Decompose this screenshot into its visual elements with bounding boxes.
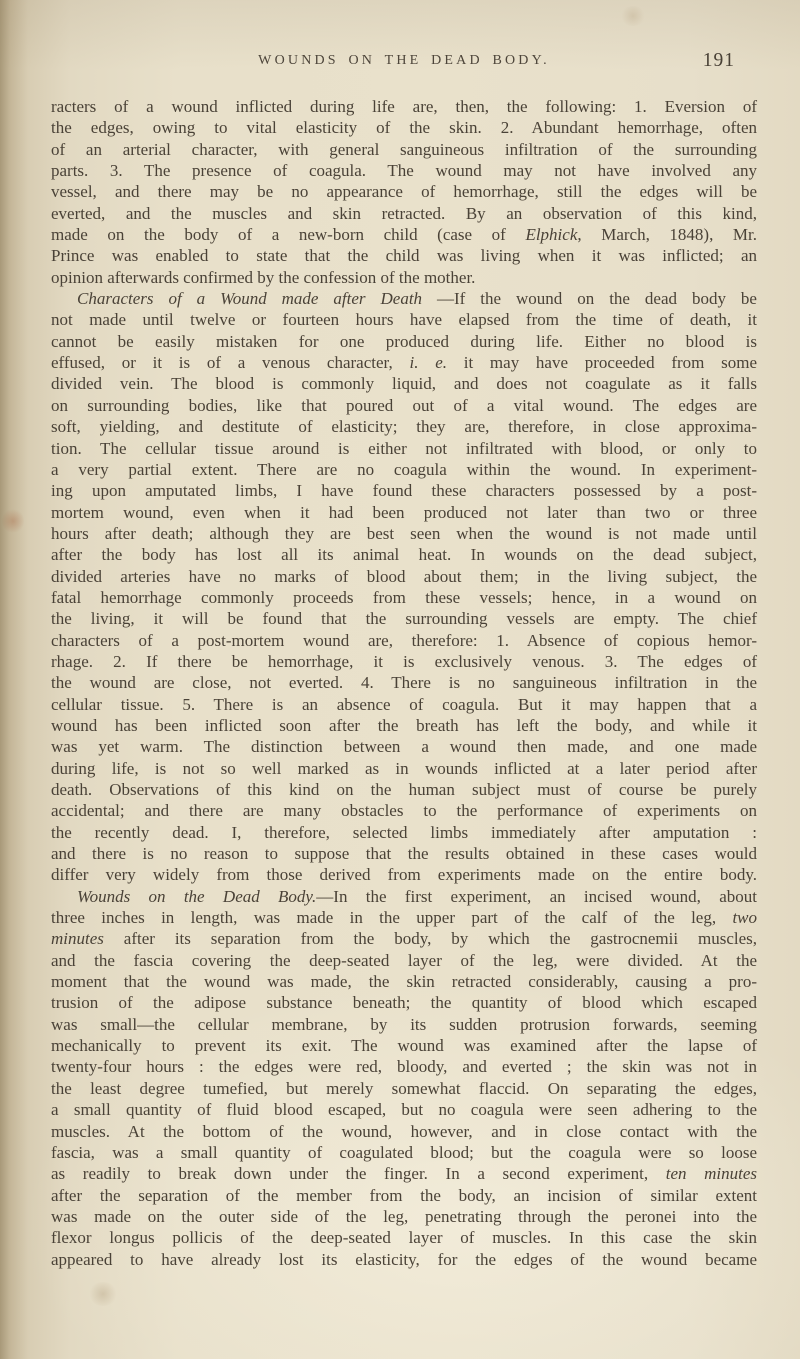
body-text: divided vein. The blood is commonly liqu…	[51, 374, 757, 393]
paragraph-2: Characters of a Wound made after Death —…	[51, 288, 757, 886]
paper-stain	[620, 6, 646, 26]
text-line: cellular tissue. 5. There is an absence …	[51, 694, 757, 715]
body-text: racters of a wound inflicted during life…	[51, 97, 757, 116]
body-text: —In the first experiment, an incised wou…	[316, 887, 757, 906]
body-text: mechanically to prevent its exit. The wo…	[51, 1036, 757, 1055]
text-line: vessel, and there may be no appearance o…	[51, 181, 757, 202]
body-text: it may have proceeded from some	[447, 353, 757, 372]
body-text: after the separation of the member from …	[51, 1186, 757, 1205]
text-line: a small quantity of fluid blood escaped,…	[51, 1099, 757, 1120]
text-line: Wounds on the Dead Body.—In the first ex…	[51, 886, 757, 907]
book-page: WOUNDS ON THE DEAD BODY. 191 racters of …	[0, 0, 800, 1359]
text-column: racters of a wound inflicted during life…	[51, 96, 757, 1270]
body-text: and the fascia covering the deep-seated …	[51, 951, 757, 970]
text-line: and the fascia covering the deep-seated …	[51, 950, 757, 971]
text-line: fascia, was a small quantity of coagulat…	[51, 1142, 757, 1163]
body-text: vessel, and there may be no appearance o…	[51, 182, 757, 201]
text-line: racters of a wound inflicted during life…	[51, 96, 757, 117]
body-text: the wound are close, not everted. 4. The…	[51, 673, 757, 692]
text-line: minutes after its separation from the bo…	[51, 928, 757, 949]
text-line: was small—the cellular membrane, by its …	[51, 1014, 757, 1035]
text-line: the least degree tumefied, but merely so…	[51, 1078, 757, 1099]
text-line: characters of a post-mortem wound are, t…	[51, 630, 757, 651]
text-line: the recently dead. I, therefore, selecte…	[51, 822, 757, 843]
body-text: wound has been inflicted soon after the …	[51, 716, 757, 735]
text-line: everted, and the muscles and skin retrac…	[51, 203, 757, 224]
body-text: ing upon amputated limbs, I have found t…	[51, 481, 757, 500]
text-line: after the separation of the member from …	[51, 1185, 757, 1206]
page-number: 191	[703, 50, 735, 72]
body-text: divided arteries have no marks of blood …	[51, 567, 757, 586]
text-line: opinion afterwards confirmed by the conf…	[51, 267, 757, 288]
text-line: was made on the outer side of the leg, p…	[51, 1206, 757, 1227]
text-line: cannot be easily mistaken for one produc…	[51, 331, 757, 352]
body-text: the living, it will be found that the su…	[51, 609, 757, 628]
body-text: Prince was enabled to state that the chi…	[51, 246, 757, 265]
text-line: Prince was enabled to state that the chi…	[51, 245, 757, 266]
body-text: a very partial extent. There are no coag…	[51, 460, 757, 479]
text-line: divided vein. The blood is commonly liqu…	[51, 373, 757, 394]
text-line: was yet warm. The distinction between a …	[51, 736, 757, 757]
body-text: fatal hemorrhage commonly proceeds from …	[51, 588, 757, 607]
text-line: not made until twelve or fourteen hours …	[51, 309, 757, 330]
text-line: ing upon amputated limbs, I have found t…	[51, 480, 757, 501]
body-text: fascia, was a small quantity of coagulat…	[51, 1143, 757, 1162]
text-line: muscles. At the bottom of the wound, how…	[51, 1121, 757, 1142]
text-line: as readily to break down under the finge…	[51, 1163, 757, 1184]
text-line: moment that the wound was made, the skin…	[51, 971, 757, 992]
text-line: fatal hemorrhage commonly proceeds from …	[51, 587, 757, 608]
text-line: the living, it will be found that the su…	[51, 608, 757, 629]
text-line: the wound are close, not everted. 4. The…	[51, 672, 757, 693]
text-line: soft, yielding, and destitute of elastic…	[51, 416, 757, 437]
body-text: flexor longus pollicis of the deep-seate…	[51, 1228, 757, 1247]
paragraph-1: racters of a wound inflicted during life…	[51, 96, 757, 288]
text-line: tion. The cellular tissue around is eith…	[51, 438, 757, 459]
body-text: moment that the wound was made, the skin…	[51, 972, 757, 991]
text-line: hours after death; although they are bes…	[51, 523, 757, 544]
body-text: appeared to have already lost its elasti…	[51, 1250, 757, 1269]
text-line: appeared to have already lost its elasti…	[51, 1249, 757, 1270]
paper-stain	[88, 1282, 118, 1306]
text-line: parts. 3. The presence of coagula. The w…	[51, 160, 757, 181]
italic-text: i. e.	[410, 353, 448, 372]
body-text: was small—the cellular membrane, by its …	[51, 1015, 757, 1034]
text-line: the edges, owing to vital elasticity of …	[51, 117, 757, 138]
body-text: not made until twelve or fourteen hours …	[51, 310, 757, 329]
body-text: characters of a post-mortem wound are, t…	[51, 631, 757, 650]
body-text: a small quantity of fluid blood escaped,…	[51, 1100, 757, 1119]
text-line: during life, is not so well marked as in…	[51, 758, 757, 779]
text-line: divided arteries have no marks of blood …	[51, 566, 757, 587]
text-line: twenty-four hours : the edges were red, …	[51, 1056, 757, 1077]
italic-text: ten minutes	[666, 1164, 757, 1183]
text-line: rhage. 2. If there be hemorrhage, it is …	[51, 651, 757, 672]
text-line: and there is no reason to suppose that t…	[51, 843, 757, 864]
body-text: was yet warm. The distinction between a …	[51, 737, 757, 756]
italic-text: two	[732, 908, 757, 927]
italic-text: Characters of a Wound made after Death	[77, 289, 422, 308]
body-text: accidental; and there are many obstacles…	[51, 801, 757, 820]
body-text: on surrounding bodies, like that poured …	[51, 396, 757, 415]
body-text: trusion of the adipose substance beneath…	[51, 993, 757, 1012]
body-text: cellular tissue. 5. There is an absence …	[51, 695, 757, 714]
body-text: was made on the outer side of the leg, p…	[51, 1207, 757, 1226]
body-text: as readily to break down under the finge…	[51, 1164, 666, 1183]
text-line: accidental; and there are many obstacles…	[51, 800, 757, 821]
text-line: mechanically to prevent its exit. The wo…	[51, 1035, 757, 1056]
running-head: WOUNDS ON THE DEAD BODY.	[51, 53, 757, 69]
body-text: the least degree tumefied, but merely so…	[51, 1079, 757, 1098]
body-text: the recently dead. I, therefore, selecte…	[51, 823, 757, 842]
body-text: after the body has lost all its animal h…	[51, 545, 757, 564]
body-text: differ very widely from those derived fr…	[51, 865, 757, 884]
text-line: trusion of the adipose substance beneath…	[51, 992, 757, 1013]
body-text: —If the wound on the dead body be	[422, 289, 757, 308]
text-line: of an arterial character, with general s…	[51, 139, 757, 160]
italic-text: Elphick	[525, 225, 577, 244]
text-line: differ very widely from those derived fr…	[51, 864, 757, 885]
body-text: during life, is not so well marked as in…	[51, 759, 757, 778]
italic-text: Wounds on the Dead Body.	[77, 887, 316, 906]
text-line: effused, or it is of a venous character,…	[51, 352, 757, 373]
text-line: flexor longus pollicis of the deep-seate…	[51, 1227, 757, 1248]
body-text: after its separation from the body, by w…	[104, 929, 757, 948]
body-text: opinion afterwards confirmed by the conf…	[51, 268, 475, 287]
text-line: after the body has lost all its animal h…	[51, 544, 757, 565]
page-header: WOUNDS ON THE DEAD BODY. 191	[51, 53, 757, 77]
body-text: the edges, owing to vital elasticity of …	[51, 118, 757, 137]
body-text: , March, 1848), Mr.	[577, 225, 757, 244]
body-text: twenty-four hours : the edges were red, …	[51, 1057, 757, 1076]
body-text: tion. The cellular tissue around is eith…	[51, 439, 757, 458]
text-line: a very partial extent. There are no coag…	[51, 459, 757, 480]
text-line: death. Observations of this kind on the …	[51, 779, 757, 800]
text-line: wound has been inflicted soon after the …	[51, 715, 757, 736]
body-text: and there is no reason to suppose that t…	[51, 844, 757, 863]
body-text: three inches in length, was made in the …	[51, 908, 732, 927]
body-text: parts. 3. The presence of coagula. The w…	[51, 161, 757, 180]
paragraph-3: Wounds on the Dead Body.—In the first ex…	[51, 886, 757, 1270]
text-line: three inches in length, was made in the …	[51, 907, 757, 928]
body-text: effused, or it is of a venous character,	[51, 353, 410, 372]
paper-stain	[2, 508, 24, 534]
body-text: muscles. At the bottom of the wound, how…	[51, 1122, 757, 1141]
body-text: rhage. 2. If there be hemorrhage, it is …	[51, 652, 757, 671]
body-text: of an arterial character, with general s…	[51, 140, 757, 159]
body-text: death. Observations of this kind on the …	[51, 780, 757, 799]
body-text: soft, yielding, and destitute of elastic…	[51, 417, 757, 436]
text-line: on surrounding bodies, like that poured …	[51, 395, 757, 416]
text-line: made on the body of a new-born child (ca…	[51, 224, 757, 245]
body-text: hours after death; although they are bes…	[51, 524, 757, 543]
body-text: mortem wound, even when it had been prod…	[51, 503, 757, 522]
text-line: mortem wound, even when it had been prod…	[51, 502, 757, 523]
italic-text: minutes	[51, 929, 104, 948]
body-text: cannot be easily mistaken for one produc…	[51, 332, 757, 351]
text-line: Characters of a Wound made after Death —…	[51, 288, 757, 309]
body-text: everted, and the muscles and skin retrac…	[51, 204, 757, 223]
body-text: made on the body of a new-born child (ca…	[51, 225, 525, 244]
